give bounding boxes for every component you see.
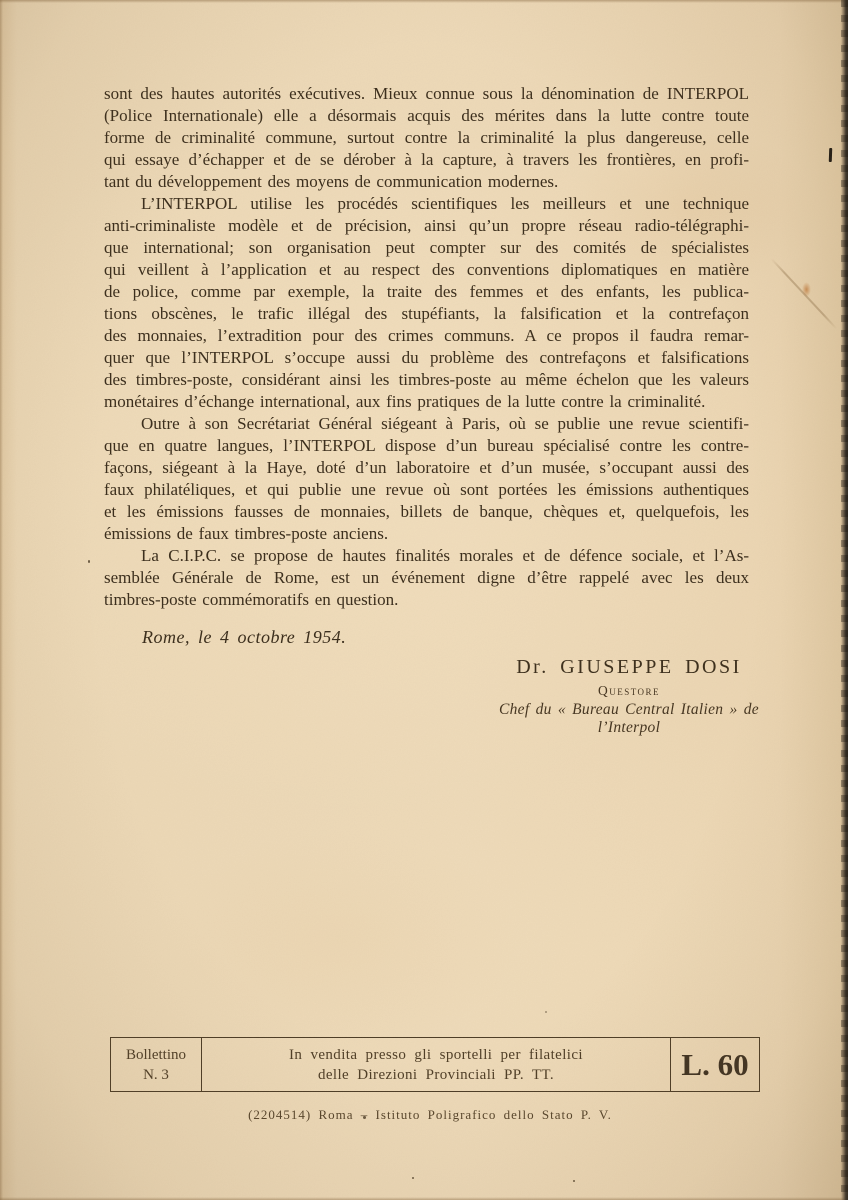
paper-speck — [573, 1180, 575, 1182]
text-line: émissions de faux timbres-poste anciens. — [104, 523, 749, 545]
text-line: Outre à son Secrétariat Général siégeant… — [104, 413, 749, 435]
paragraph: sont des hautes autorités exécutives. Mi… — [104, 83, 749, 193]
printer-imprint: (2204514) Roma – Istituto Poligrafico de… — [0, 1107, 848, 1123]
paper-stain — [160, 830, 520, 1050]
price-value: L. 60 — [681, 1049, 748, 1080]
signature-name: Dr. GIUSEPPE DOSI — [468, 656, 790, 679]
vendor-line-2: delle Direzioni Provinciali PP. TT. — [318, 1065, 554, 1085]
text-line: sont des hautes autorités exécutives. Mi… — [104, 83, 749, 105]
text-line: de police, comme par exemple, la traite … — [104, 281, 749, 303]
text-line: tant du développement des moyens de comm… — [104, 171, 749, 193]
text-line: des monnaies, l’extradition pour des cri… — [104, 325, 749, 347]
bulletin-number: N. 3 — [143, 1065, 169, 1085]
paper-speck — [412, 1177, 414, 1179]
signature-title: Questore — [468, 683, 790, 699]
paragraph: Outre à son Secrétariat Général siégeant… — [104, 413, 749, 545]
text-line: monétaires d’échange international, aux … — [104, 391, 749, 413]
paper-speck — [88, 560, 90, 563]
signature-block: Dr. GIUSEPPE DOSI Questore Chef du « Bur… — [468, 656, 790, 737]
price-cell: L. 60 — [671, 1038, 759, 1091]
text-line: tions obscènes, le trafic illégal des st… — [104, 303, 749, 325]
paper-smudge — [802, 282, 811, 297]
scan-edge-top — [0, 0, 848, 3]
paragraph: L’INTERPOL utilise les procédés scientif… — [104, 193, 749, 413]
margin-ink-mark — [829, 148, 832, 162]
vendor-line-1: In vendita presso gli sportelli per fila… — [289, 1045, 583, 1065]
text-line: qui essaye d’échapper et de se dérober à… — [104, 149, 749, 171]
dateline: Rome, le 4 octobre 1954. — [142, 627, 346, 648]
text-line: façons, siégeant à la Haye, doté d’un la… — [104, 457, 749, 479]
scan-edge-left — [0, 0, 3, 1200]
paper-speck — [545, 1011, 547, 1013]
text-line: timbres-poste commémoratifs en question. — [104, 589, 749, 611]
text-line: qui veillent à l’application et au respe… — [104, 259, 749, 281]
bulletin-label: Bollettino — [126, 1045, 186, 1065]
text-line: semblée Générale de Rome, est un événeme… — [104, 567, 749, 589]
body-text: sont des hautes autorités exécutives. Mi… — [104, 83, 749, 611]
vendor-cell: In vendita presso gli sportelli per fila… — [202, 1038, 671, 1091]
text-line: L’INTERPOL utilise les procédés scientif… — [104, 193, 749, 215]
text-line: (Police Internationale) elle a désormais… — [104, 105, 749, 127]
text-line: anti-criminaliste modèle et de précision… — [104, 215, 749, 237]
text-line: des timbres-poste, considérant ainsi les… — [104, 369, 749, 391]
scan-edge-right — [841, 0, 848, 1200]
bulletin-cell: Bollettino N. 3 — [111, 1038, 202, 1091]
text-line: que en quatre langues, l’INTERPOL dispos… — [104, 435, 749, 457]
scanned-page: sont des hautes autorités exécutives. Mi… — [0, 0, 848, 1200]
paragraph: La C.I.P.C. se propose de hautes finalit… — [104, 545, 749, 611]
signature-role: Chef du « Bureau Central Italien » de l’… — [468, 701, 790, 737]
text-line: quer que l’INTERPOL s’occupe aussi du pr… — [104, 347, 749, 369]
paper-crease — [771, 258, 838, 330]
footer-box: Bollettino N. 3 In vendita presso gli sp… — [110, 1037, 760, 1092]
text-line: La C.I.P.C. se propose de hautes finalit… — [104, 545, 749, 567]
text-line: forme de criminalité commune, surtout co… — [104, 127, 749, 149]
text-line: faux philatéliques, et qui publie une re… — [104, 479, 749, 501]
text-line: que international; son organisation peut… — [104, 237, 749, 259]
text-line: et les émissions fausses de monnaies, bi… — [104, 501, 749, 523]
